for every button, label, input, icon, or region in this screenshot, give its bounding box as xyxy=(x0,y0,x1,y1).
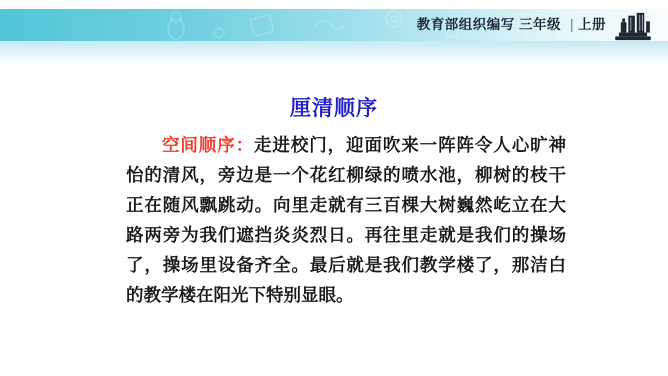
paragraph-line: 的教学楼在阳光下特别显眼。 xyxy=(126,280,566,310)
paragraph-line: 正在随风飘跳动。向里走就有三百棵大树巍然屹立在大 xyxy=(126,190,566,220)
building-icon xyxy=(614,11,652,41)
edition-label: 教育部组织编写 三年级 xyxy=(417,17,561,32)
body-paragraph: 空间顺序：走进校门，迎面吹来一阵阵令人心旷神 怡的清风，旁边是一个花红柳绿的喷水… xyxy=(126,130,566,310)
paragraph-text: 走进校门，迎面吹来一阵阵令人心旷神 xyxy=(254,135,566,155)
paragraph-line: 了，操场里设备齐全。最后就是我们教学楼了，那洁白 xyxy=(126,250,566,280)
page-title: 厘清顺序 xyxy=(0,92,668,122)
header-caption: 教育部组织编写 三年级|上册 xyxy=(417,14,606,36)
paragraph-line: 路两旁为我们遮挡炎炎烈日。再往里走就是我们的操场 xyxy=(126,220,566,250)
header-band-shadow xyxy=(0,41,668,65)
paragraph-line: 空间顺序：走进校门，迎面吹来一阵阵令人心旷神 xyxy=(126,130,566,160)
divider: | xyxy=(571,14,574,36)
lead-term: 空间顺序： xyxy=(162,135,254,155)
paragraph-line: 怡的清风，旁边是一个花红柳绿的喷水池，柳树的枝干 xyxy=(126,160,566,190)
volume-label: 上册 xyxy=(578,17,606,32)
slide: 教育部组织编写 三年级|上册 厘清顺序 空间顺序：走进校门，迎面吹来一阵阵令人心… xyxy=(0,0,668,376)
